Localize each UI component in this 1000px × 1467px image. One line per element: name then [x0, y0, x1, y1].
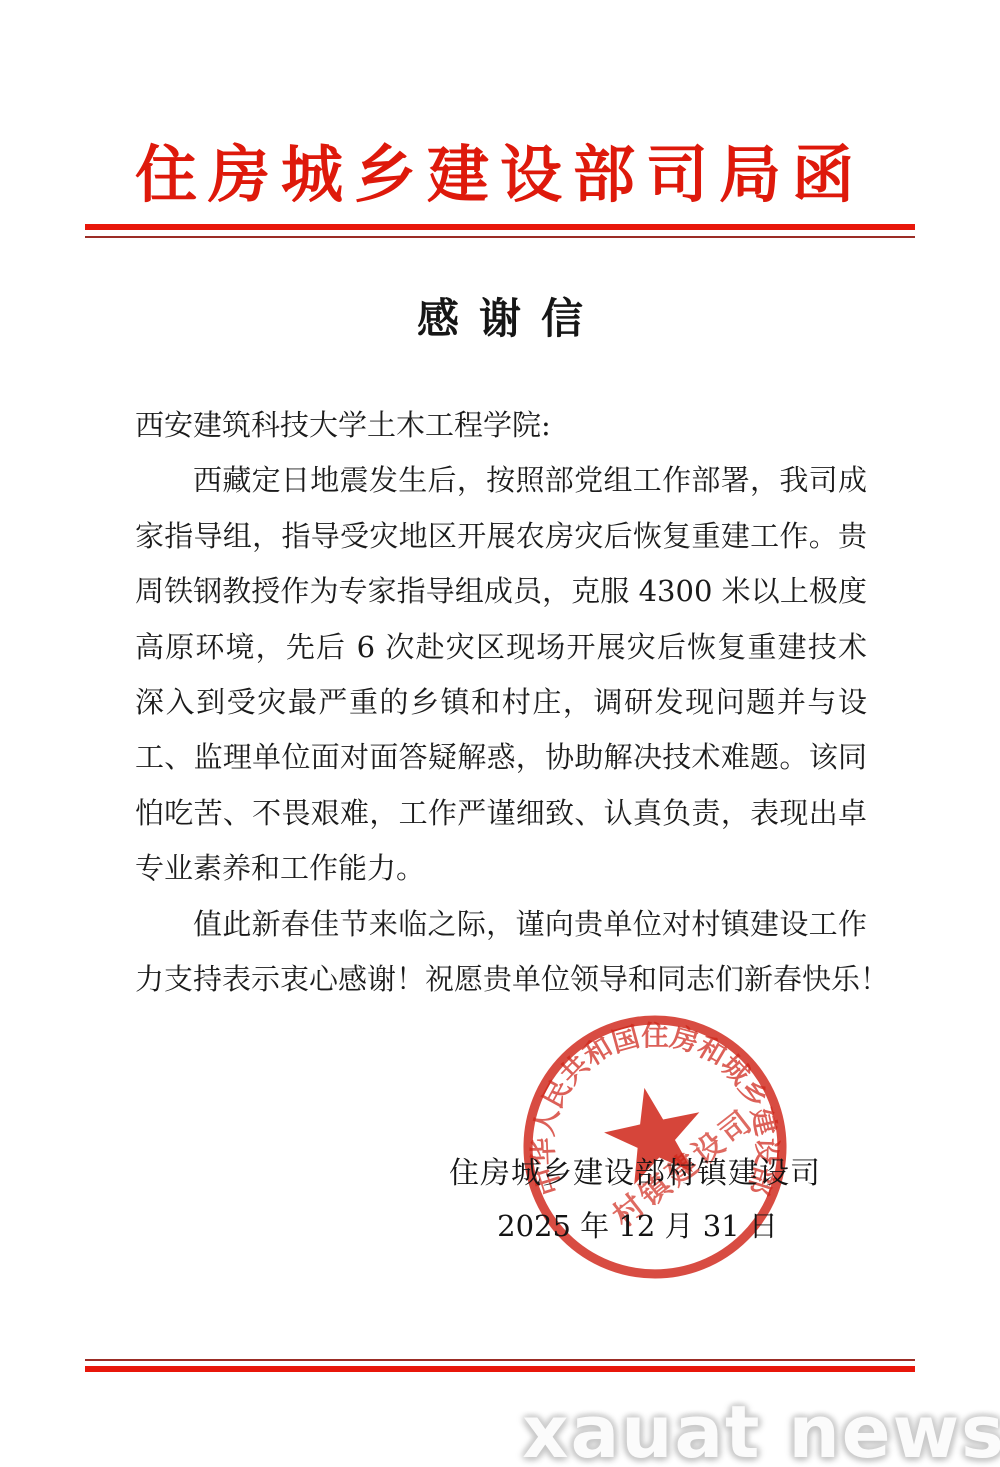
- body-line: 怕吃苦、不畏艰难，工作严谨细致、认真负责，表现出卓越的: [135, 786, 867, 841]
- body-line: 深入到受灾最严重的乡镇和村庄，调研发现问题并与设计、施: [135, 675, 867, 730]
- letter-page: 住房城乡建设部司局函 感谢信 西安建筑科技大学土木工程学院: 西藏定日地震发生后…: [0, 0, 1000, 1467]
- header-rule-thick: [85, 224, 915, 230]
- body-line: 专业素养和工作能力。: [135, 841, 867, 896]
- body-line: 周铁钢教授作为专家指导组成员，克服 4300 米以上极度缺氧: [135, 564, 867, 619]
- salutation: 西安建筑科技大学土木工程学院:: [135, 398, 867, 453]
- letter-title: 感谢信: [0, 286, 1000, 346]
- footer-rule-thin: [85, 1359, 915, 1361]
- body-line: 工、监理单位面对面答疑解惑，协助解决技术难题。该同志不: [135, 730, 867, 785]
- letterhead-title: 住房城乡建设部司局函: [0, 133, 1000, 217]
- signature-date: 2025 年 12 月 31 日: [0, 1204, 1000, 1245]
- signature-org: 住房城乡建设部村镇建设司: [0, 1148, 1000, 1192]
- body-line: 家指导组，指导受灾地区开展农房灾后恢复重建工作。贵单位: [135, 509, 867, 564]
- body-line: 力支持表示衷心感谢！祝愿贵单位领导和同志们新春快乐！: [135, 952, 867, 1007]
- body-line: 高原环境，先后 6 次赴灾区现场开展灾后恢复重建技术指导，: [135, 620, 867, 675]
- letter-body: 西安建筑科技大学土木工程学院: 西藏定日地震发生后，按照部党组工作部署，我司成立…: [135, 398, 867, 1007]
- body-line: 值此新春佳节来临之际，谨向贵单位对村镇建设工作的大: [135, 897, 867, 952]
- header-rule-thin: [85, 236, 915, 238]
- watermark: xauat news: [522, 1390, 1000, 1467]
- footer-rule-thick: [85, 1366, 915, 1372]
- body-line: 西藏定日地震发生后，按照部党组工作部署，我司成立专: [135, 453, 867, 508]
